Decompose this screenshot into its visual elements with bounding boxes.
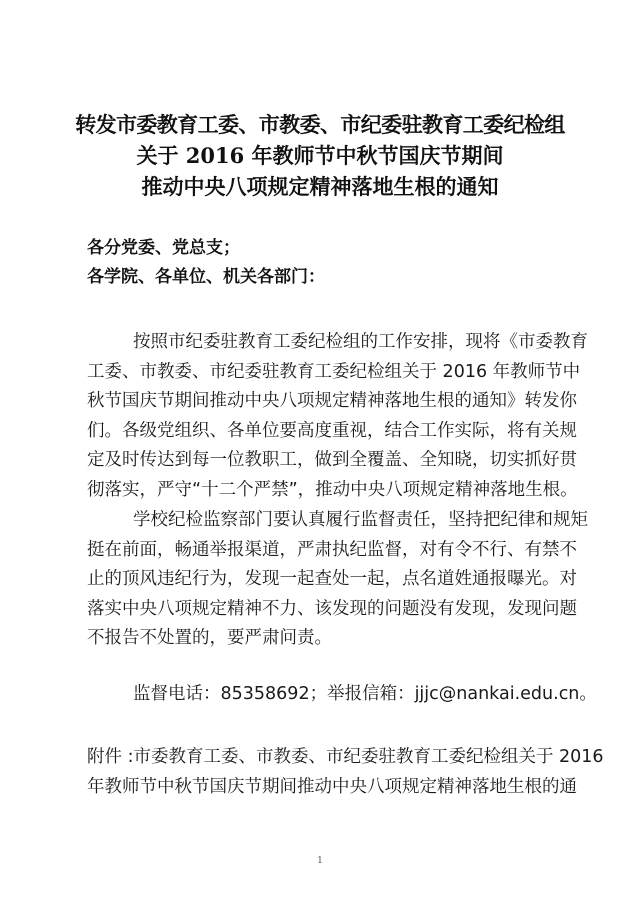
text-line: 工委、市教委、市纪委驻教育工委纪检组关于 2016 年教师节中	[87, 358, 549, 388]
salutation: 各分党委、党总支； 各学院、各单位、机关各部门：	[87, 234, 325, 292]
paragraph-supervision: 学校纪检监察部门要认真履行监督责任，坚持把纪律和规矩 挺在前面，畅通举报渠道，严…	[87, 506, 549, 654]
title-line: 转发市委教育工委、市教委、市纪委驻教育工委纪检组	[0, 109, 640, 140]
attachment-line: 附件 :市委教育工委、市教委、市纪委驻教育工委纪检组关于 2016	[87, 743, 549, 773]
contact-line: 监督电话：85358692；举报信箱：jjjc@nankai.edu.cn。	[87, 680, 549, 710]
text-line: 们。各级党组织、各单位要高度重视，结合工作实际，将有关规	[87, 417, 549, 447]
text-line: 落实中央八项规定精神不力、该发现的问题没有发现，发现问题	[87, 595, 549, 625]
text-line: 按照市纪委驻教育工委纪检组的工作安排，现将《市委教育	[87, 328, 549, 358]
text-line: 秋节国庆节期间推动中央八项规定精神落地生根的通知》转发你	[87, 387, 549, 417]
salutation-line: 各分党委、党总支；	[87, 234, 325, 263]
text-line: 定及时传达到每一位教职工，做到全覆盖、全知晓，切实抓好贯	[87, 446, 549, 476]
attachment-note: 附件 :市委教育工委、市教委、市纪委驻教育工委纪检组关于 2016 年教师节中秋…	[87, 743, 549, 802]
text-line: 止的顶风违纪行为，发现一起查处一起，点名道姓通报曝光。对	[87, 565, 549, 595]
text-line: 学校纪检监察部门要认真履行监督责任，坚持把纪律和规矩	[87, 506, 549, 536]
document-title: 转发市委教育工委、市教委、市纪委驻教育工委纪检组 关于 2016 年教师节中秋节…	[0, 109, 640, 202]
contact-info: 监督电话：85358692；举报信箱：jjjc@nankai.edu.cn。	[87, 680, 549, 710]
document-page: 转发市委教育工委、市教委、市纪委驻教育工委纪检组 关于 2016 年教师节中秋节…	[0, 0, 640, 904]
text-line: 不报告不处置的，要严肃问责。	[87, 624, 549, 654]
salutation-line: 各学院、各单位、机关各部门：	[87, 263, 325, 292]
text-line: 彻落实，严守“十二个严禁”，推动中央八项规定精神落地生根。	[87, 476, 549, 506]
page-number: 1	[0, 856, 640, 866]
paragraph-instructions: 按照市纪委驻教育工委纪检组的工作安排，现将《市委教育 工委、市教委、市纪委驻教育…	[87, 328, 549, 506]
title-line: 推动中央八项规定精神落地生根的通知	[0, 171, 640, 202]
title-line: 关于 2016 年教师节中秋节国庆节期间	[0, 140, 640, 171]
text-line: 挺在前面，畅通举报渠道，严肃执纪监督，对有令不行、有禁不	[87, 536, 549, 566]
attachment-line: 年教师节中秋节国庆节期间推动中央八项规定精神落地生根的通	[87, 773, 549, 803]
